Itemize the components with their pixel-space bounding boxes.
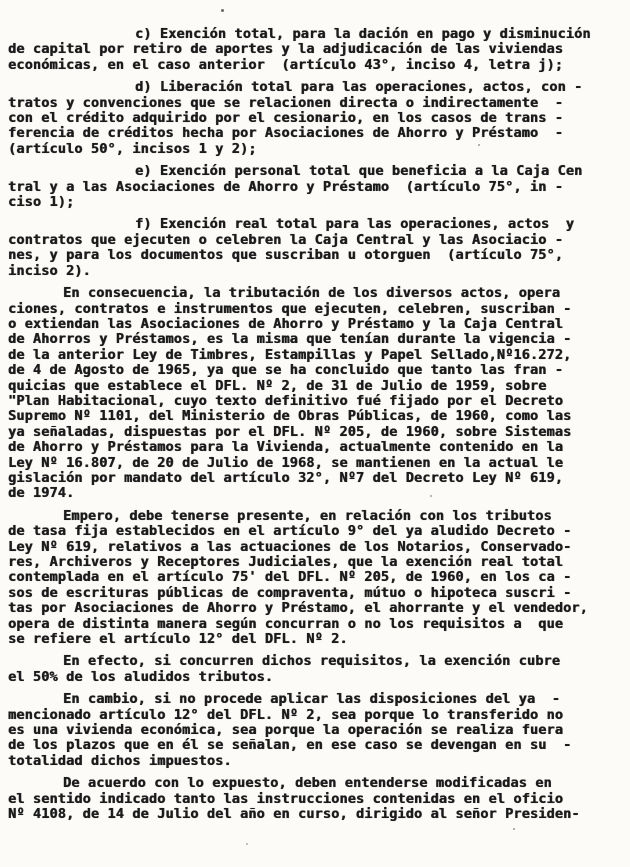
paragraph-4: f) Exención real total para las operacio… — [8, 217, 620, 279]
paragraph-7-line-1: En efecto, si concurren dichos requisito… — [8, 654, 620, 669]
paragraph-3-line-1: e) Exención personal total que beneficia… — [8, 164, 620, 179]
paragraph-7: En efecto, si concurren dichos requisito… — [8, 654, 620, 685]
paragraph-8: En cambio, si no procede aplicar las dis… — [8, 692, 620, 769]
paragraph-2-line-1: d) Liberación total para las operaciones… — [8, 80, 620, 95]
paragraph-4-line-2: contratos que ejecuten o celebren la Caj… — [8, 233, 620, 248]
paragraph-5-line-6: de 4 de Agosto de 1965, ya que se ha con… — [8, 363, 620, 378]
paragraph-5-line-3: o extiendan las Asociaciones de Ahorro y… — [8, 317, 620, 332]
paragraph-2-line-2: tratos y convenciones que se relacionen … — [8, 96, 620, 111]
paragraph-2-line-4: ferencia de créditos hecha por Asociacio… — [8, 126, 620, 141]
paragraph-9-line-3: Nº 4108, de 14 de Julio del año en curso… — [8, 807, 620, 822]
paragraph-3-line-3: ciso 1); — [8, 195, 620, 210]
paragraph-8-line-2: mencionado artículo 12° del DFL. Nº 2, s… — [8, 708, 620, 723]
paragraph-6-line-9: se refiere el artículo 12° del DFL. Nº 2… — [8, 632, 620, 647]
paragraph-6-line-5: contemplada en el artículo 75' del DFL. … — [8, 570, 620, 585]
paragraph-4-line-3: nes, y para los documentos que suscriban… — [8, 248, 620, 263]
paragraph-8-line-5: totalidad dichos impuestos. — [8, 754, 620, 769]
paragraph-7-line-2: el 50% de los aludidos tributos. — [8, 670, 620, 685]
paragraph-2-line-5: (artículo 50°, incisos 1 y 2); — [8, 142, 620, 157]
scan-speck — [246, 843, 248, 845]
paragraph-6: Empero, debe tenerse presente, en relaci… — [8, 509, 620, 648]
paragraph-5-line-10: ya señaladas, dispuestas por el DFL. Nº … — [8, 425, 620, 440]
paragraph-5-line-14: de 1974. — [8, 486, 620, 501]
paragraph-5-line-7: quicias que establece el DFL. Nº 2, de 3… — [8, 379, 620, 394]
scan-speck — [513, 828, 515, 830]
paragraph-5-line-2: ciones, contratos e instrumentos que eje… — [8, 302, 620, 317]
paragraph-5-line-11: de Ahorro y Préstamos para la Vivienda, … — [8, 440, 620, 455]
paragraph-5: En consecuencia, la tributación de los d… — [8, 286, 620, 502]
paragraph-5-line-5: de la anterior Ley de Timbres, Estampill… — [8, 348, 620, 363]
paragraph-8-line-1: En cambio, si no procede aplicar las dis… — [8, 692, 620, 707]
paragraph-3: e) Exención personal total que beneficia… — [8, 164, 620, 210]
paragraph-6-line-3: Ley Nº 619, relativos a las actuaciones … — [8, 540, 620, 555]
paragraph-9-line-1: De acuerdo con lo expuesto, deben entend… — [8, 776, 620, 791]
paragraph-2: d) Liberación total para las operaciones… — [8, 80, 620, 157]
paragraph-5-line-1: En consecuencia, la tributación de los d… — [8, 286, 620, 301]
paragraph-8-line-4: de los plazos que en él se señalan, en e… — [8, 738, 620, 753]
paragraph-1-line-3: económicas, en el caso anterior (artícul… — [8, 58, 620, 73]
paragraph-9-line-2: el sentido indicado tanto las instruccio… — [8, 792, 620, 807]
scanned-page: c) Exención total, para la dación en pag… — [0, 0, 630, 867]
paragraph-6-line-8: opera de distinta manera según concurran… — [8, 617, 620, 632]
document-body: c) Exención total, para la dación en pag… — [8, 27, 620, 823]
paragraph-5-line-12: Ley Nº 16.807, de 20 de Julio de 1968, s… — [8, 456, 620, 471]
paragraph-4-line-1: f) Exención real total para las operacio… — [8, 217, 620, 232]
paragraph-5-line-9: Supremo Nº 1101, del Ministerio de Obras… — [8, 409, 620, 424]
paragraph-1: c) Exención total, para la dación en pag… — [8, 27, 620, 73]
paragraph-6-line-1: Empero, debe tenerse presente, en relaci… — [8, 509, 620, 524]
paragraph-3-line-2: tral y a las Asociaciones de Ahorro y Pr… — [8, 180, 620, 195]
paragraph-5-line-4: de Ahorros y Préstamos, es la misma que … — [8, 332, 620, 347]
paragraph-6-line-6: sos de escrituras públicas de compravent… — [8, 586, 620, 601]
scan-speck — [221, 9, 224, 12]
paragraph-6-line-7: tas por Asociaciones de Ahorro y Préstam… — [8, 601, 620, 616]
paragraph-4-line-4: inciso 2). — [8, 264, 620, 279]
paragraph-9: De acuerdo con lo expuesto, deben entend… — [8, 776, 620, 822]
paragraph-1-line-2: de capital por retiro de aportes y la ad… — [8, 42, 620, 57]
paragraph-6-line-2: de tasa fija establecidos en el artículo… — [8, 524, 620, 539]
paragraph-5-line-13: gislación por mandato del artículo 32°, … — [8, 471, 620, 486]
